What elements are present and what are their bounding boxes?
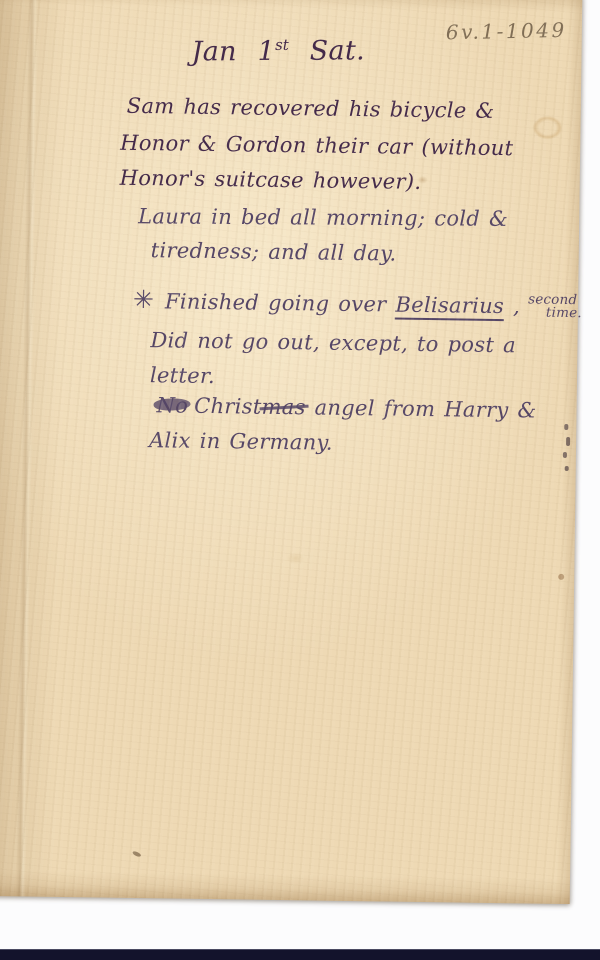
- line-text: ,: [504, 294, 520, 318]
- line-text: Christ: [194, 394, 262, 419]
- diary-line: Honor's suitcase however).: [120, 166, 422, 194]
- diary-line: tiredness; and all day.: [151, 238, 397, 265]
- page-edge-nick: [132, 850, 142, 857]
- entry-heading: Jan 1st Sat.: [191, 35, 365, 67]
- ink-edge-mark: [566, 437, 570, 446]
- line-text: Finished going over: [165, 289, 396, 316]
- heading-day: Sat.: [289, 35, 365, 67]
- strikethrough-segment: mas: [261, 395, 305, 420]
- diary-line: Honor & Gordon their car (without: [120, 131, 513, 160]
- diary-line-corrected: NoChristmas angel from Harry &: [156, 393, 536, 422]
- heading-date: Jan 1: [191, 36, 275, 68]
- page-stain: [532, 115, 562, 139]
- diary-line: letter.: [150, 363, 215, 388]
- scanned-diary-photo: { "colors": { "paper": "#eed9b4", "ink-d…: [0, 0, 600, 960]
- page-stain: [558, 574, 564, 580]
- ink-edge-mark: [563, 452, 567, 458]
- scanner-edge-strip: [0, 949, 600, 960]
- heading-ordinal: st: [275, 36, 289, 54]
- diary-line: Sam has recovered his bicycle &: [127, 94, 495, 123]
- line-text: angel from Harry &: [305, 395, 536, 422]
- page-crease: [16, 0, 39, 896]
- ink-edge-mark: [564, 424, 568, 430]
- page-stain: [286, 552, 304, 564]
- diary-line: Laura in bed all morning; cold &: [138, 204, 508, 231]
- diary-line: Did not go out, except, to post a: [150, 328, 516, 357]
- inserted-note: secondtime.: [528, 293, 582, 320]
- ink-edge-mark: [565, 466, 569, 471]
- underlined-title: Belisarius: [395, 293, 504, 322]
- struck-word: No: [156, 393, 188, 417]
- diary-line-marked: Finished going over Belisarius ,secondti…: [165, 289, 582, 321]
- note-line: time.: [546, 307, 582, 320]
- diary-line: Alix in Germany.: [149, 428, 333, 455]
- scanned-page: 6v.1-1049 Jan 1st Sat. Sam has recovered…: [0, 0, 582, 904]
- asterisk-marker: ✳: [133, 285, 155, 314]
- catalog-number: 6v.1-1049: [446, 18, 567, 45]
